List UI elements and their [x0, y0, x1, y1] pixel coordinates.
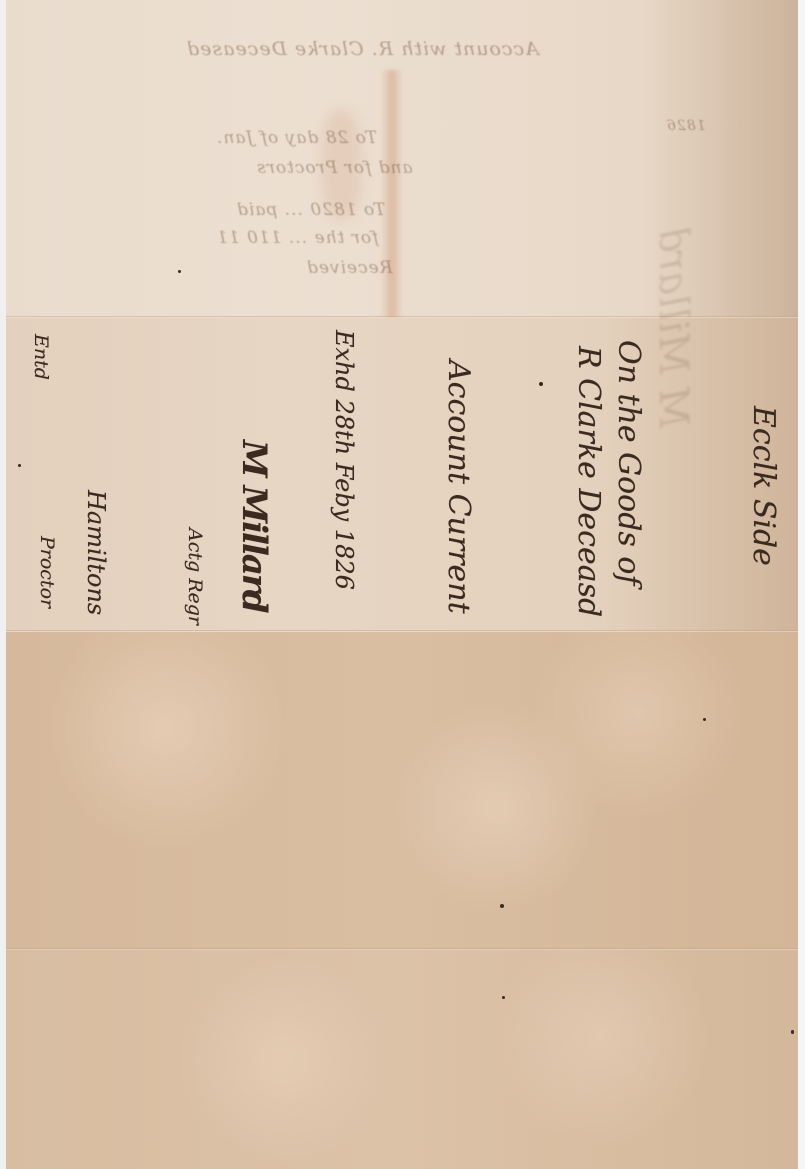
scan-margin-right: [797, 0, 805, 1169]
panel-blank-1: [6, 632, 798, 950]
registrar-signature: M Millard: [234, 440, 274, 612]
exhibited-date: Exhd 28th Feby 1826: [330, 330, 358, 590]
ink-spot: [178, 270, 181, 273]
registrar-title: Actg Regr: [184, 528, 206, 625]
bleed-line: Account with R. Clarke Deceased: [186, 38, 539, 60]
bleed-line: Received: [306, 258, 392, 278]
entered-note: Entd: [30, 334, 52, 380]
panel-docket: M Millard Ecclk Side On the Goods of R C…: [6, 318, 798, 632]
docket-subject: Account Current: [441, 360, 476, 614]
panel-blank-2: [6, 950, 798, 1169]
bleed-line: and for Proctors: [256, 158, 413, 178]
ink-spot: [18, 464, 21, 467]
document-sheet: Account with R. Clarke Deceased 1826 To …: [6, 0, 798, 1169]
proctor-role: Proctor: [36, 536, 58, 608]
bleed-line: To 1820 ... paid: [236, 200, 385, 220]
ink-spot: [791, 1030, 794, 1034]
proctor-name: Hamiltons: [82, 490, 110, 615]
bleed-line: To 28 day of Jan.: [216, 128, 377, 148]
court-line: Ecclk Side: [746, 406, 781, 566]
bleed-line: 1826: [666, 118, 706, 134]
bleed-line: for the ... 110 11: [216, 228, 378, 248]
docket-title-line-2: R Clarke Deceasd: [571, 346, 606, 617]
ink-spot: [500, 904, 504, 908]
ghost-text: M Millard: [650, 226, 696, 428]
ink-spot: [703, 718, 706, 721]
ink-spot: [539, 382, 543, 386]
docket-title-line-1: On the Goods of: [611, 340, 646, 586]
ink-spot: [502, 996, 505, 999]
ink-stain: [381, 70, 403, 320]
